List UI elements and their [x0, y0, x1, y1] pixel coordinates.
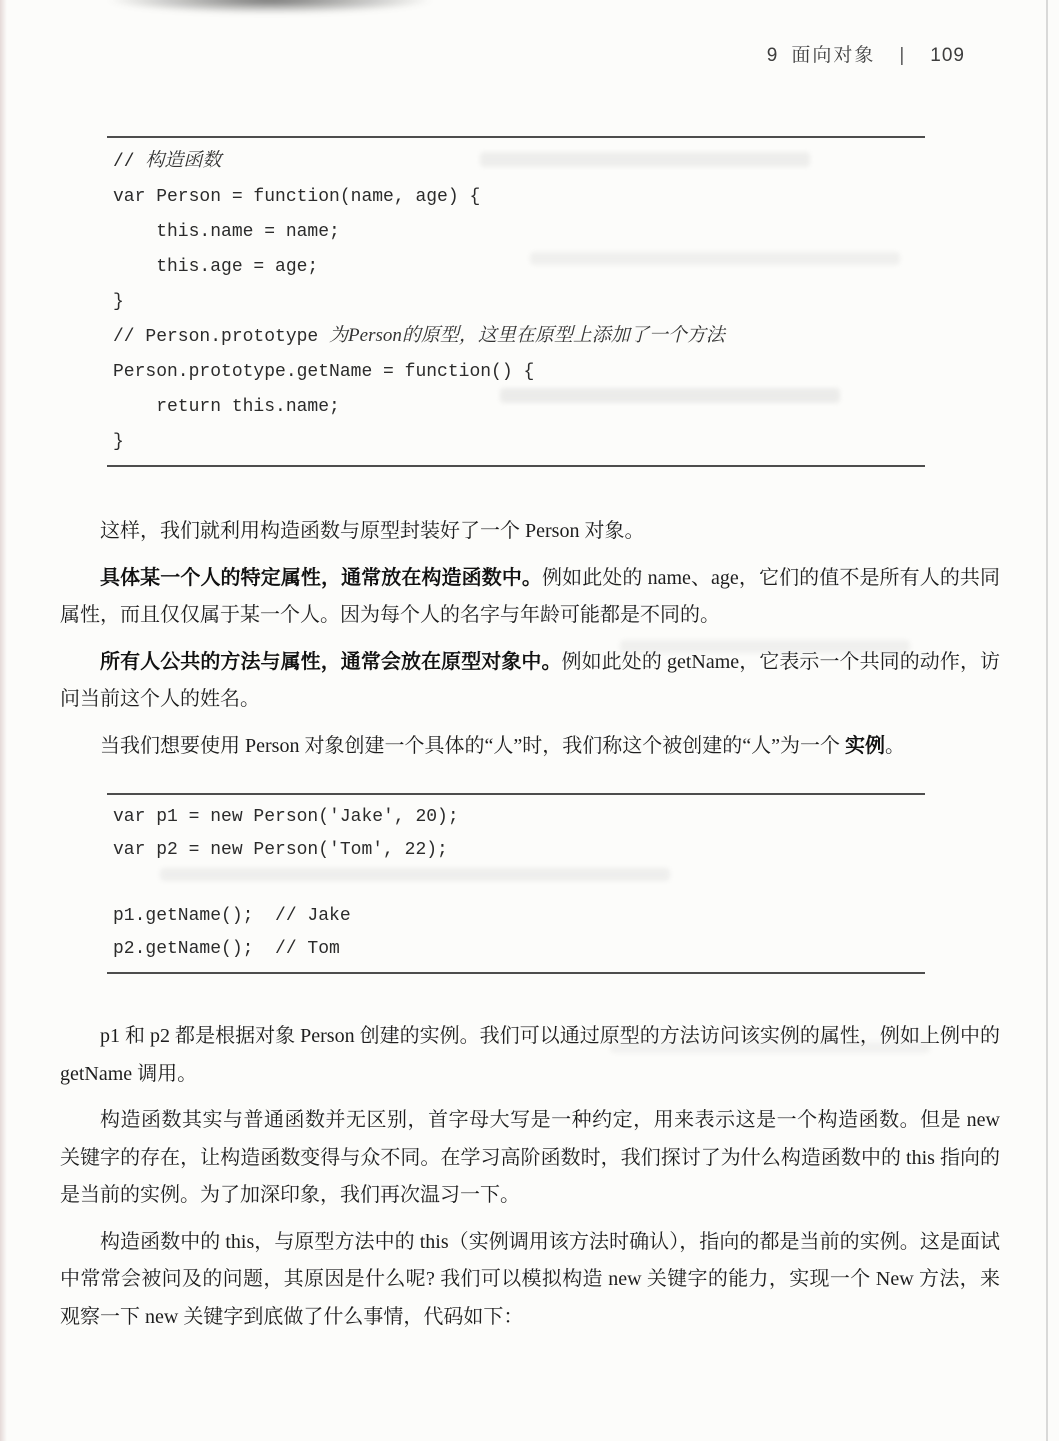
chapter-title: 面向对象 [791, 45, 875, 66]
scan-artifact-bleedthrough [530, 252, 900, 265]
chapter-number: 9 [767, 45, 779, 66]
paragraph-text: 这样，我们就利用构造函数与原型封装好了一个 Person 对象。 [100, 520, 644, 542]
paragraph: 所有人公共的方法与属性，通常会放在原型对象中。例如此处的 getName，它表示… [60, 644, 1000, 719]
code-block-constructor: // 构造函数 var Person = function(name, age)… [107, 136, 925, 467]
code-line: } [113, 424, 925, 459]
code-line: var p1 = new Person('Jake', 20); [113, 801, 925, 834]
code-line: var p2 = new Person('Tom', 22); [113, 834, 925, 867]
paragraph: 具体某一个人的特定属性，通常放在构造函数中。例如此处的 name、age，它们的… [60, 560, 1000, 635]
code-text: p2.getName(); // Tom [113, 939, 340, 959]
paragraph-text: 构造函数其实与普通函数并无区别，首字母大写是一种约定，用来表示这是一个构造函数。… [60, 1109, 1000, 1206]
scan-artifact-top-shadow [105, 0, 435, 14]
scan-edge-right [1046, 0, 1048, 1441]
paragraph-bold-lead: 所有人公共的方法与属性，通常会放在原型对象中。 [100, 651, 562, 673]
code-line: var Person = function(name, age) { [113, 179, 925, 214]
code-text: var p1 = new Person('Jake', 20); [113, 807, 459, 827]
code-line: // Person.prototype 为Person的原型，这里在原型上添加了… [113, 319, 925, 354]
body-text-section-2: p1 和 p2 都是根据对象 Person 创建的实例。我们可以通过原型的方法访… [60, 1018, 1000, 1336]
code-line: } [113, 284, 925, 319]
paragraph: 构造函数其实与普通函数并无区别，首字母大写是一种约定，用来表示这是一个构造函数。… [60, 1102, 1000, 1215]
paragraph: p1 和 p2 都是根据对象 Person 创建的实例。我们可以通过原型的方法访… [60, 1018, 1000, 1093]
paragraph-bold-tail: 实例 [845, 735, 885, 757]
paragraph-text: 构造函数中的 this，与原型方法中的 this（实例调用该方法时确认），指向的… [60, 1231, 1000, 1328]
code-text: this.age = age; [113, 257, 318, 277]
code-text: Person.prototype.getName = function() { [113, 362, 534, 382]
paragraph-bold-lead: 具体某一个人的特定属性，通常放在构造函数中。 [100, 567, 542, 589]
paragraph-text: p1 和 p2 都是根据对象 Person 创建的实例。我们可以通过原型的方法访… [60, 1025, 1000, 1085]
paragraph: 当我们想要使用 Person 对象创建一个具体的“人”时，我们称这个被创建的“人… [60, 728, 1000, 766]
code-block-instances: var p1 = new Person('Jake', 20); var p2 … [107, 793, 925, 974]
code-line: p1.getName(); // Jake [113, 900, 925, 933]
scan-artifact-bleedthrough [620, 640, 910, 653]
code-text: this.name = name; [113, 222, 340, 242]
book-page: 9面向对象|109 // 构造函数 var Person = function(… [0, 0, 1059, 1441]
paragraph: 这样，我们就利用构造函数与原型封装好了一个 Person 对象。 [60, 513, 1000, 551]
body-text-section-1: 这样，我们就利用构造函数与原型封装好了一个 Person 对象。 具体某一个人的… [60, 513, 1000, 765]
code-text: var p2 = new Person('Tom', 22); [113, 840, 448, 860]
code-text: // [113, 152, 145, 172]
code-text: // Person.prototype [113, 327, 329, 347]
scan-artifact-bleedthrough [480, 152, 810, 167]
header-separator: | [899, 45, 904, 66]
code-text: } [113, 432, 124, 452]
code-line: Person.prototype.getName = function() { [113, 354, 925, 389]
scan-artifact-bleedthrough [160, 868, 670, 881]
paragraph-text: 当我们想要使用 Person 对象创建一个具体的“人”时，我们称这个被创建的“人… [100, 735, 845, 757]
scan-artifact-bleedthrough [610, 1042, 930, 1053]
paragraph-text: 。 [885, 735, 905, 757]
code-comment: 为Person的原型，这里在原型上添加了一个方法 [329, 325, 725, 346]
paragraph: 构造函数中的 this，与原型方法中的 this（实例调用该方法时确认），指向的… [60, 1224, 1000, 1337]
code-line: this.name = name; [113, 214, 925, 249]
code-line: p2.getName(); // Tom [113, 933, 925, 966]
code-comment: 构造函数 [145, 150, 221, 171]
page-number: 109 [930, 45, 965, 66]
code-text: var Person = function(name, age) { [113, 187, 480, 207]
code-text: } [113, 292, 124, 312]
code-text: p1.getName(); // Jake [113, 906, 351, 926]
code-text: return this.name; [113, 397, 340, 417]
scan-edge-left [0, 0, 7, 1441]
scan-artifact-bleedthrough [500, 388, 840, 403]
